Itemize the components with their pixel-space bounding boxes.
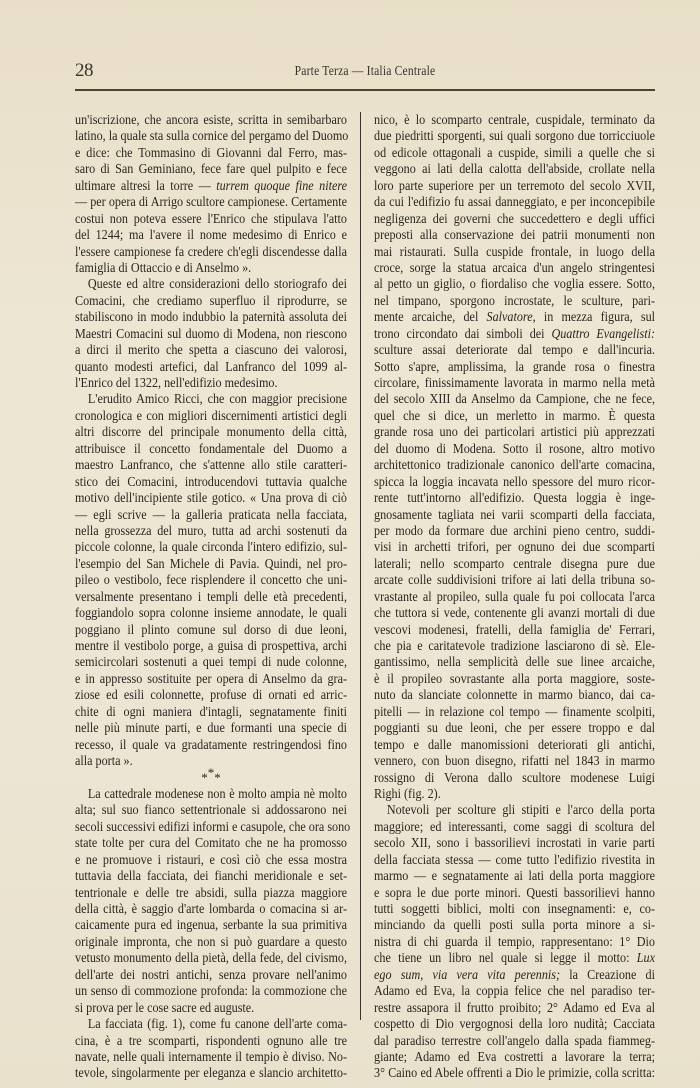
text-line: La cattedrale modenese non è molto ampia… (75, 786, 347, 802)
text-line: stico dei Comacini, introducendovi tutta… (75, 474, 347, 490)
text-line: che pia e caritatevole tradizione lascia… (374, 638, 655, 654)
text-line: recesso, il quale va gradatamente restri… (75, 737, 347, 753)
text-line: pileo o vestibolo, fece risplendere il c… (75, 572, 347, 588)
text-line: costui non poteva essere l'Enrico che st… (75, 211, 347, 227)
page-number: 28 (75, 60, 93, 82)
text-line: nuto da slanciate colonnette in marmo bi… (374, 687, 655, 703)
text-line: Comacini, che crediamo superfluo il ripr… (75, 293, 347, 309)
text-line: vescovi modenesi, fratelli, della famigl… (374, 622, 655, 638)
text-line: trono circondato dai simboli dei Quattro… (374, 326, 655, 342)
text-line: Righi (fig. 2). (374, 786, 655, 802)
italic-text: Salvatore (487, 309, 533, 324)
text-line: state tolte per cura del Comitato che ne… (75, 835, 347, 851)
text-line: semicircolari sostenuti a quei tempi di … (75, 654, 347, 670)
text-line: altri discorre del principale monumento … (75, 424, 347, 440)
text-line: attribuisce il concetto fondamentale del… (75, 441, 347, 457)
text-line: grande rosa uno dei particolari artistic… (374, 424, 655, 440)
text-line: Sotto s'apre, amplissima, la grande rosa… (374, 359, 655, 375)
text-line: l'Enrico del 1322, nell'edifizio medesim… (75, 375, 347, 391)
page-header: 28 Parte Terza — Italia Centrale (75, 60, 655, 84)
text-line: maestro Lanfranco, che s'attenne allo st… (75, 457, 347, 473)
text-line: chite di ogni maniera d'intagli, segnata… (75, 704, 347, 720)
text-line: della facciata stessa — come tutto l'edi… (374, 852, 655, 868)
text-line: navate, nelle quali internamente il temp… (75, 1049, 347, 1065)
text-line: si prova per le cose sacre ed auguste. (75, 1000, 347, 1016)
text-line: l'esempio del San Michele di Pavia. Quin… (75, 556, 347, 572)
text-line: ziose ed esili colonnette, profuse di or… (75, 687, 347, 703)
text-line: stabiliscono in modo indubbio la paterni… (75, 309, 347, 325)
text-line: foggiandolo sopra colonne insieme annoda… (75, 605, 347, 621)
italic-text: turrem quoque fine nitere (216, 178, 347, 193)
text-line: un'iscrizione, che ancora esiste, scritt… (75, 112, 347, 128)
text-line: originale impronta, che non si può guard… (75, 934, 347, 950)
text-line: e dice: che Tommasino di Giovanni dal Fe… (75, 145, 347, 161)
text-line: rossigno di Verona dallo scultore modene… (374, 770, 655, 786)
text-line: Queste ed altre considerazioni dello sto… (75, 276, 347, 292)
text-line: nistra di chi guarda il tempio, rapprese… (374, 934, 655, 950)
text-line: motivo dell'incipiente stile gotico. « U… (75, 490, 347, 506)
text-line: due piedritti sporgenti, sui quali sorgo… (374, 128, 655, 144)
text-line: loro parte superiore per un terremoto de… (374, 178, 655, 194)
text-line: pitelli — in relazione col tempo — finam… (374, 704, 655, 720)
text-line: visi in archetti trifori, per ognuno dei… (374, 539, 655, 555)
text-line: un senso di commozione profonda: la comm… (75, 983, 347, 999)
text-line: del 1244; ma l'avere il nome medesimo di… (75, 227, 347, 243)
text-line: tempo e dalle manomissioni deteriorati g… (374, 737, 655, 753)
text-line: secoli successivi edifizi informi e casu… (75, 819, 347, 835)
italic-text: ego sum, via vera vita perennis; (374, 967, 560, 982)
column-divider (360, 112, 361, 1020)
text-line: alta; sul suo fianco settentrionale si a… (75, 802, 347, 818)
text-line: che tiene un libro nel quale si legge il… (374, 950, 655, 966)
text-line: Adamo ed Eva, la coppia felice che nel p… (374, 983, 655, 999)
text-line: dal paradiso terrestre coll'angelo dalla… (374, 1033, 655, 1049)
text-line: — per opera di Arrigo scultore campiones… (75, 194, 347, 210)
text-line: Notevoli per scolture gli stipiti e l'ar… (374, 802, 655, 818)
text-line: giante; Adamo ed Eva costretti a lavorar… (374, 1049, 655, 1065)
text-line: famiglia di Ottaccio e di Anselmo ». (75, 260, 347, 276)
text-line: nel timpano, sporgono incrostate, le scu… (374, 293, 655, 309)
text-line: e sopra le due porte minori. Questi bass… (374, 885, 655, 901)
text-line: laterali; nello scomparto centrale diseg… (374, 556, 655, 572)
text-line: arcate colle suddivisioni trifore ai lat… (374, 572, 655, 588)
text-line: poggianti su due leoni, che per essere t… (374, 720, 655, 736)
text-line: da cui l'edifizio fu assai danneggiato, … (374, 194, 655, 210)
text-line: quanto modesti artefici, dal Lanfranco d… (75, 359, 347, 375)
text-line: al petto un giglio, o fiordaliso che vog… (374, 276, 655, 292)
text-line: per modo da formare due archini pieno ce… (374, 523, 655, 539)
text-line: croce, sorge la statua arcaica d'un ange… (374, 260, 655, 276)
text-line: saro di San Geminiano, fece fare quel pu… (75, 161, 347, 177)
text-line: gnosamente tagliata nei varii scomparti … (374, 507, 655, 523)
text-line: è il propileo sovrastante alla porta mag… (374, 671, 655, 687)
text-line: La facciata (fig. 1), come fu canone del… (75, 1016, 347, 1032)
text-line: rente tutt'intorno all'edifizio. Questa … (374, 490, 655, 506)
text-line: del secolo XIII da Anselmo da Campione, … (374, 391, 655, 407)
text-line: tutti soggetti biblici, molti con insegn… (374, 901, 655, 917)
text-line: nella grossezza del muro, tutta ad archi… (75, 523, 347, 539)
text-line: piccole colonne, la quale circonda l'int… (75, 539, 347, 555)
text-line: tevole, singolarmente per eleganza e sla… (75, 1065, 347, 1081)
text-line: architettonico tradizionale canonico del… (374, 457, 655, 473)
text-line: e ne promuove i ristauri, e così ciò che… (75, 852, 347, 868)
text-line: 3° Caino ed Abele offrenti a Dio le prim… (374, 1065, 655, 1081)
text-line: Maestri Comacini sul duomo di Modena, no… (75, 326, 347, 342)
text-line: poggiano il plinto comune sul dorso di d… (75, 622, 347, 638)
text-line: L'erudito Amico Ricci, che con maggior p… (75, 391, 347, 407)
text-line: preposti alla conservazione dei patrii m… (374, 227, 655, 243)
text-line: spicca la loggia incavata nello spessore… (374, 474, 655, 490)
text-line: ego sum, via vera vita perennis; la Crea… (374, 967, 655, 983)
text-line: vetusto monumento della pietà, della fed… (75, 950, 347, 966)
text-line: negligenza dei governi che succedettero … (374, 211, 655, 227)
text-line: minciando da quelli posti sulla porta mi… (374, 917, 655, 933)
text-line: od edicole ottagonali a cuspide, simili … (374, 145, 655, 161)
text-line: cronologica e con migliori discernimenti… (75, 408, 347, 424)
text-line: — egli scrive — la galleria praticata ne… (75, 507, 347, 523)
text-column-left: un'iscrizione, che ancora esiste, scritt… (75, 112, 347, 1082)
text-line: secolo XII, sono i bassorilievi incrosta… (374, 835, 655, 851)
italic-text: Quattro Evangelisti: (551, 326, 655, 341)
text-line: mai ristaurati. Sulla cuspide frontale, … (374, 244, 655, 260)
text-line: versalmente presentano i templi delle et… (75, 589, 347, 605)
text-line: cina, è a tre scomparti, rispondenti ogn… (75, 1033, 347, 1049)
text-line: vrastante al propileo, sulla quale fu po… (374, 589, 655, 605)
text-line: marmo — e segnatamente ai lati della por… (374, 868, 655, 884)
text-line: a dirci il merito che spetta a ciascuno … (75, 342, 347, 358)
text-line: della città, è saggio d'arte lombarda o … (75, 901, 347, 917)
text-line: sculture assai deteriorate dal tempo e d… (374, 342, 655, 358)
text-line: circolare, finissimamente lavorata in ma… (374, 375, 655, 391)
text-line: tentrionale e delle tre absidi, sulla pi… (75, 885, 347, 901)
text-line: maggiore; ed interessanti, come saggi di… (374, 819, 655, 835)
text-line: restre assapora il frutto proibito; 2° A… (374, 1000, 655, 1016)
text-line: dell'arte dei nostri antichi, senza prov… (75, 967, 347, 983)
text-line: vennero, con buon disegno, rifatti nel 1… (374, 753, 655, 769)
text-line: del duomo di Modena. Sotto il rosone, al… (374, 441, 655, 457)
italic-text: Lux (637, 950, 655, 965)
text-line: quel che si dice, un merletto in marmo. … (374, 408, 655, 424)
text-line: latino, la quale sta sulla cornice del p… (75, 128, 347, 144)
text-line: l'essere campionese fa credere ch'egli d… (75, 244, 347, 260)
text-line: ultimare altresi la torre — turrem quoqu… (75, 178, 347, 194)
text-line: che tuttora si vede, contenente gli avan… (374, 605, 655, 621)
text-line: caicamente pura ed ingenua, serbante la … (75, 917, 347, 933)
text-line: gantissimo, nella semplicità delle sue l… (374, 654, 655, 670)
text-line: veggono ai lati della calotta dell'absid… (374, 161, 655, 177)
text-line: nelle più minute parti, e due formanti u… (75, 720, 347, 736)
running-title: Parte Terza — Italia Centrale (116, 63, 615, 79)
text-line: mente arcaiche, del Salvatore, in mezza … (374, 309, 655, 325)
text-line: mentre il vestibolo porge, a guisa di pr… (75, 638, 347, 654)
header-rule (75, 89, 655, 91)
text-line: nico, è lo scomparto centrale, cuspidale… (374, 112, 655, 128)
text-line: tuttavia della facciata, dei fianchi mer… (75, 868, 347, 884)
section-break-asterism: *** (75, 770, 347, 786)
text-line: e in appresso sostituite per opera di An… (75, 671, 347, 687)
text-line: cospetto di Dio vergognosi della loro nu… (374, 1016, 655, 1032)
text-column-right: nico, è lo scomparto centrale, cuspidale… (374, 112, 655, 1082)
